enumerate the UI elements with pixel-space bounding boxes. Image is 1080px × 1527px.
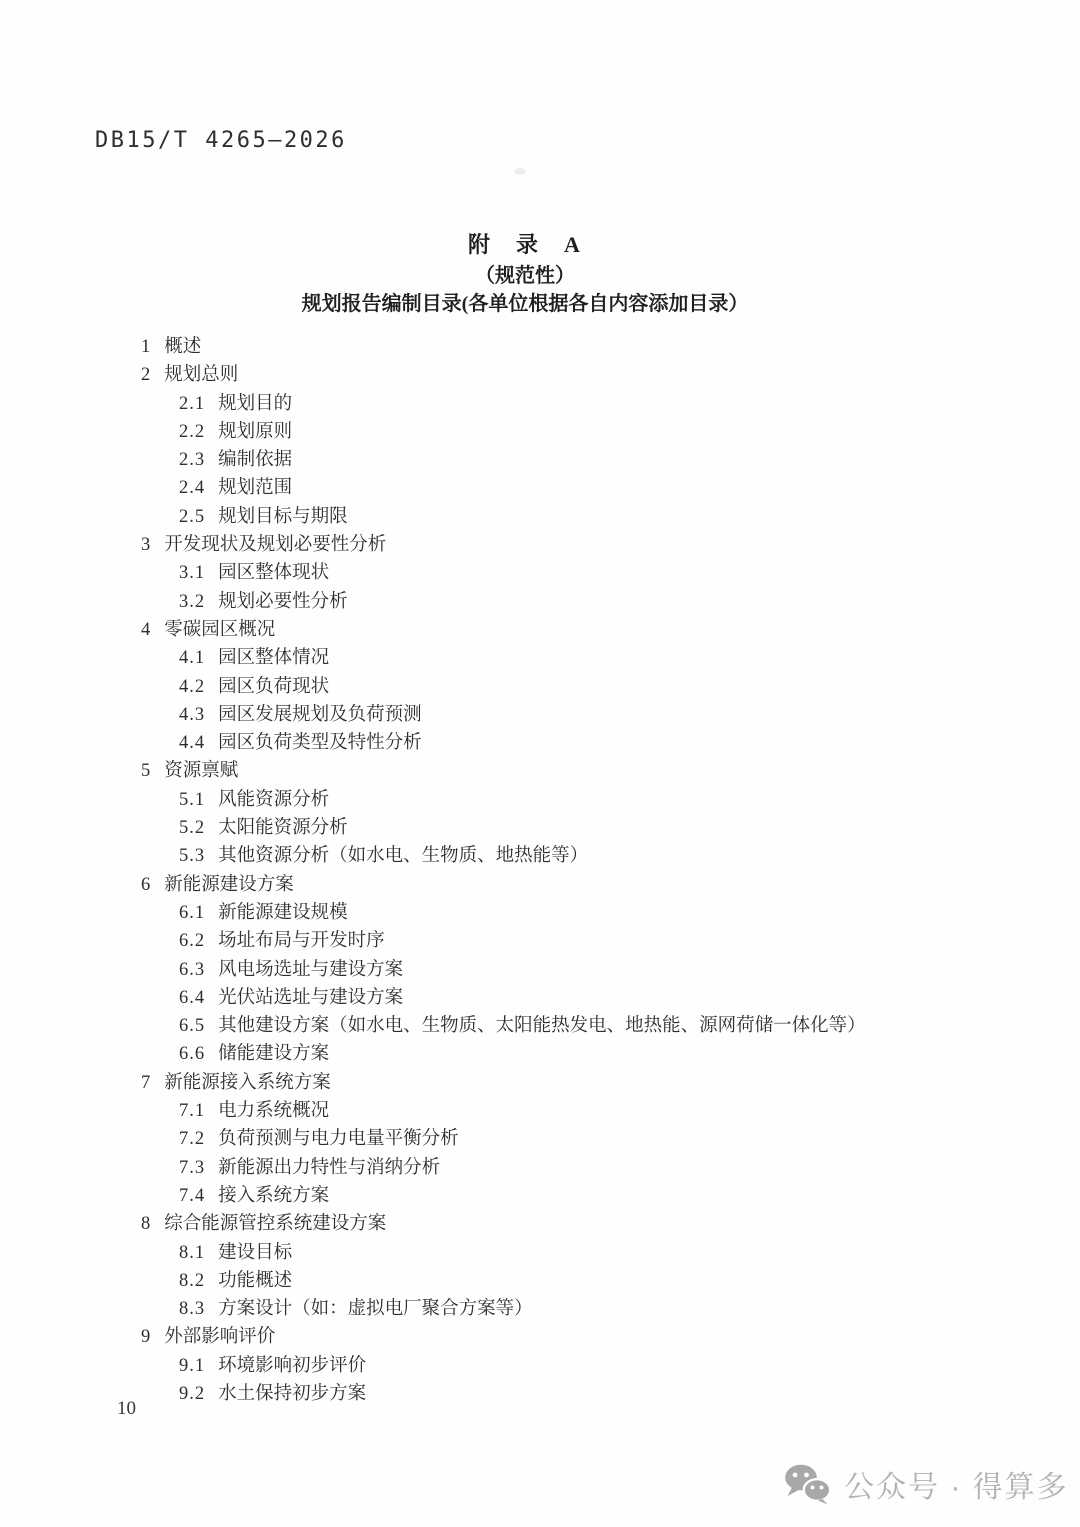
toc-item: 4.1园区整体情况 [0, 644, 1080, 672]
toc-item: 7.3新能源出力特性与消纳分析 [0, 1154, 1080, 1182]
toc-item: 6.4光伏站选址与建设方案 [0, 984, 1080, 1012]
toc-item-label: 建设目标 [218, 1243, 292, 1263]
toc-item-label: 外部影响评价 [164, 1327, 275, 1347]
toc-item-label: 资源禀赋 [164, 761, 238, 781]
toc-list: 1概述2规划总则2.1规划目的2.2规划原则2.3编制依据2.4规划范围2.5规… [0, 333, 1080, 1408]
toc-item-number: 5 [141, 757, 151, 785]
toc-item-number: 4 [141, 616, 151, 644]
toc-item: 2.1规划目的 [0, 390, 1080, 418]
toc-item: 3开发现状及规划必要性分析 [0, 531, 1080, 559]
toc-item-label: 水土保持初步方案 [218, 1384, 366, 1404]
toc-item-label: 规划目标与期限 [218, 507, 348, 527]
toc-item-label: 零碳园区概况 [164, 620, 275, 640]
toc-item-number: 6.4 [179, 984, 205, 1012]
toc-item-number: 6.2 [179, 927, 205, 955]
toc-item-label: 园区负荷类型及特性分析 [218, 733, 422, 753]
toc-item-label: 新能源出力特性与消纳分析 [218, 1158, 440, 1178]
toc-item-number: 8.2 [179, 1267, 205, 1295]
watermark-label: 公众号 · 得算多 [844, 1462, 1069, 1506]
toc-item: 9.2水土保持初步方案 [0, 1380, 1080, 1408]
toc-item: 8.2功能概述 [0, 1267, 1080, 1295]
toc-item: 9外部影响评价 [0, 1323, 1080, 1351]
toc-item-label: 风能资源分析 [218, 790, 329, 810]
appendix-heading: 规划报告编制目录(各单位根据各自内容添加目录） [0, 287, 1050, 316]
toc-item-number: 5.1 [179, 786, 205, 814]
toc-item: 5资源禀赋 [0, 757, 1080, 785]
toc-item-number: 7.3 [179, 1154, 205, 1182]
toc-item: 3.2规划必要性分析 [0, 588, 1080, 616]
toc-item-number: 4.4 [179, 729, 205, 757]
toc-item: 2.3编制依据 [0, 446, 1080, 474]
toc-item-label: 其他资源分析（如水电、生物质、地热能等） [218, 846, 588, 866]
toc-item: 8综合能源管控系统建设方案 [0, 1210, 1080, 1238]
toc-item: 5.3其他资源分析（如水电、生物质、地热能等） [0, 842, 1080, 870]
toc-item-label: 电力系统概况 [218, 1101, 329, 1121]
toc-item: 1概述 [0, 333, 1080, 361]
toc-item-number: 9.1 [179, 1352, 205, 1380]
toc-item-number: 3.1 [179, 559, 205, 587]
toc-item-label: 编制依据 [218, 450, 292, 470]
toc-item: 2.2规划原则 [0, 418, 1080, 446]
toc-item-label: 方案设计（如：虚拟电厂聚合方案等） [218, 1299, 533, 1319]
toc-item-label: 园区整体现状 [218, 563, 329, 583]
appendix-subtitle: （规范性） [0, 259, 1050, 288]
toc-item-number: 4.3 [179, 701, 205, 729]
toc-item-number: 7.2 [179, 1125, 205, 1153]
toc-item-label: 概述 [164, 337, 201, 357]
toc-item-number: 8.1 [179, 1239, 205, 1267]
toc-item: 7.4接入系统方案 [0, 1182, 1080, 1210]
toc-item: 2规划总则 [0, 361, 1080, 389]
toc-item-number: 5.2 [179, 814, 205, 842]
toc-item-label: 规划必要性分析 [218, 592, 348, 612]
doc-code: DB15/T 4265—2026 [95, 128, 347, 153]
watermark: 公众号 · 得算多 [784, 1462, 1069, 1506]
toc-item-number: 6.3 [179, 956, 205, 984]
toc-item-label: 风电场选址与建设方案 [218, 960, 403, 980]
toc-item-number: 5.3 [179, 842, 205, 870]
toc-item-label: 园区发展规划及负荷预测 [218, 705, 422, 725]
toc-item-label: 规划范围 [218, 478, 292, 498]
toc-item-number: 2.5 [179, 503, 205, 531]
toc-item-label: 其他建设方案（如水电、生物质、太阳能热发电、地热能、源网荷储一体化等） [218, 1016, 866, 1036]
toc-item-label: 负荷预测与电力电量平衡分析 [218, 1129, 459, 1149]
toc-item-number: 6.1 [179, 899, 205, 927]
toc-item: 8.1建设目标 [0, 1239, 1080, 1267]
toc-item-label: 场址布局与开发时序 [218, 931, 385, 951]
toc-item-number: 2 [141, 361, 151, 389]
toc-item: 4零碳园区概况 [0, 616, 1080, 644]
toc-item: 8.3方案设计（如：虚拟电厂聚合方案等） [0, 1295, 1080, 1323]
toc-item-number: 2.3 [179, 446, 205, 474]
toc-item: 2.4规划范围 [0, 474, 1080, 502]
toc-item-number: 9.2 [179, 1380, 205, 1408]
toc-item-number: 8 [141, 1210, 151, 1238]
toc-item-label: 新能源接入系统方案 [164, 1073, 331, 1093]
toc-item: 9.1环境影响初步评价 [0, 1352, 1080, 1380]
toc-item: 6.2场址布局与开发时序 [0, 927, 1080, 955]
toc-item-label: 太阳能资源分析 [218, 818, 348, 838]
toc-item: 6新能源建设方案 [0, 871, 1080, 899]
scan-artifact [514, 168, 526, 175]
toc-item-number: 1 [141, 333, 151, 361]
toc-item-number: 3.2 [179, 588, 205, 616]
toc-item: 3.1园区整体现状 [0, 559, 1080, 587]
wechat-icon [784, 1463, 832, 1505]
toc-item-number: 7 [141, 1069, 151, 1097]
toc-item-number: 4.1 [179, 644, 205, 672]
toc-item-label: 储能建设方案 [218, 1044, 329, 1064]
toc-item-label: 综合能源管控系统建设方案 [164, 1214, 386, 1234]
toc-item-number: 6.5 [179, 1012, 205, 1040]
toc-item-number: 2.1 [179, 390, 205, 418]
toc-item-number: 8.3 [179, 1295, 205, 1323]
toc-item: 2.5规划目标与期限 [0, 503, 1080, 531]
toc-item-label: 规划目的 [218, 394, 292, 414]
toc-item-label: 规划总则 [164, 365, 238, 385]
toc-item: 7新能源接入系统方案 [0, 1069, 1080, 1097]
toc-item: 6.3风电场选址与建设方案 [0, 956, 1080, 984]
toc-item-number: 6 [141, 871, 151, 899]
toc-item: 7.2负荷预测与电力电量平衡分析 [0, 1125, 1080, 1153]
toc-item: 5.1风能资源分析 [0, 786, 1080, 814]
toc-item-label: 功能概述 [218, 1271, 292, 1291]
toc-item: 4.4园区负荷类型及特性分析 [0, 729, 1080, 757]
toc-item: 6.6储能建设方案 [0, 1040, 1080, 1068]
toc-item-number: 4.2 [179, 673, 205, 701]
toc-item-label: 接入系统方案 [218, 1186, 329, 1206]
toc-item-label: 环境影响初步评价 [218, 1356, 366, 1376]
toc-item: 4.3园区发展规划及负荷预测 [0, 701, 1080, 729]
toc-item-label: 开发现状及规划必要性分析 [164, 535, 386, 555]
toc-item-label: 新能源建设规模 [218, 903, 348, 923]
toc-item-number: 9 [141, 1323, 151, 1351]
document-page: DB15/T 4265—2026 附 录 A （规范性） 规划报告编制目录(各单… [0, 0, 1080, 1527]
toc-item-number: 2.2 [179, 418, 205, 446]
toc-item-number: 3 [141, 531, 151, 559]
toc-item: 4.2园区负荷现状 [0, 673, 1080, 701]
toc-item-number: 7.4 [179, 1182, 205, 1210]
appendix-title: 附 录 A [0, 228, 1050, 259]
toc-item-number: 7.1 [179, 1097, 205, 1125]
toc-item: 6.1新能源建设规模 [0, 899, 1080, 927]
toc-item-number: 6.6 [179, 1040, 205, 1068]
toc-item-label: 园区负荷现状 [218, 677, 329, 697]
toc-item: 7.1电力系统概况 [0, 1097, 1080, 1125]
toc-item-number: 2.4 [179, 474, 205, 502]
toc-item-label: 新能源建设方案 [164, 875, 294, 895]
page-number: 10 [117, 1398, 136, 1420]
toc-item: 5.2太阳能资源分析 [0, 814, 1080, 842]
toc-item-label: 规划原则 [218, 422, 292, 442]
toc-item-label: 园区整体情况 [218, 648, 329, 668]
toc-item-label: 光伏站选址与建设方案 [218, 988, 403, 1008]
toc-item: 6.5其他建设方案（如水电、生物质、太阳能热发电、地热能、源网荷储一体化等） [0, 1012, 1080, 1040]
